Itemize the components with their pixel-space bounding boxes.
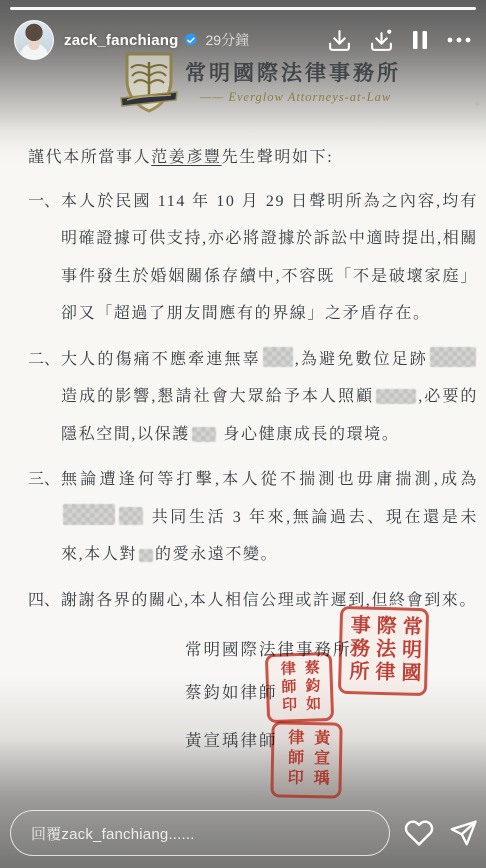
item-text: 本人於民國 114 年 10 月 29 日聲明所為之內容,均有明確證據可供支持,… <box>61 193 478 323</box>
reply-bar: 回覆zack_fanchiang...... <box>10 810 478 856</box>
lawyer1-seal-text: 蔡鈞如律師印 <box>275 659 325 717</box>
item-number: 一、 <box>28 183 60 221</box>
download-icon[interactable] <box>327 28 352 53</box>
censored-text <box>430 347 476 367</box>
firm-name-english: —— Everglow Attorneys-at-Law <box>200 90 391 105</box>
signature-lawyer-1: 蔡鈞如律師 <box>185 679 278 703</box>
lawyer1-red-seal: 蔡鈞如律師印 <box>265 652 334 723</box>
like-heart-button[interactable] <box>404 818 434 848</box>
firm-seal-text: 常明國際法律事務所 <box>344 614 424 688</box>
story-progress-bar <box>10 7 476 10</box>
save-download-icon[interactable] <box>369 28 394 53</box>
story-header: zack_fanchiang 29分鐘 <box>14 18 472 62</box>
reply-input[interactable]: 回覆zack_fanchiang...... <box>10 810 390 856</box>
instagram-story-viewer: 常明國際法律事務所 —— Everglow Attorneys-at-Law ◆… <box>0 0 486 868</box>
censored-text <box>139 549 153 562</box>
statement-item-3: 三、 無論遭逢何等打擊,本人從不揣測也毋庸揣測,成為 共同生活 3 年來,無論過… <box>28 461 478 574</box>
share-plane-button[interactable] <box>448 818 478 848</box>
item-text: 大人的傷痛不應牽連無辜,為避免數位足跡造成的影響,懇請社會大眾給予本人照顧,必要… <box>61 351 478 443</box>
censored-text <box>63 504 115 525</box>
username[interactable]: zack_fanchiang <box>64 32 179 49</box>
item-number: 二、 <box>28 341 60 379</box>
censored-text <box>263 347 293 367</box>
statement-body: 謹代本所當事人范姜彥豐先生聲明如下: 一、 本人於民國 114 年 10 月 2… <box>28 139 478 627</box>
statement-item-2: 二、 大人的傷痛不應牽連無辜,為避免數位足跡造成的影響,懇請社會大眾給予本人照顧… <box>28 341 478 454</box>
item-number: 三、 <box>28 461 60 499</box>
statement-document: 常明國際法律事務所 —— Everglow Attorneys-at-Law ◆… <box>0 0 486 868</box>
verified-icon <box>184 33 198 47</box>
censored-text <box>119 507 143 525</box>
story-timestamp: 29分鐘 <box>206 30 250 50</box>
more-options-icon[interactable] <box>446 28 472 52</box>
letterhead-rule-diamond: ◆ <box>475 100 480 108</box>
statement-intro: 謹代本所當事人范姜彥豐先生聲明如下: <box>28 139 478 177</box>
lawyer2-red-seal: 黃宣瑀律師印 <box>270 721 342 798</box>
lawyer2-seal-text: 黃宣瑀律師印 <box>280 729 333 792</box>
censored-text <box>376 389 416 404</box>
statement-item-1: 一、 本人於民國 114 年 10 月 29 日聲明所為之內容,均有明確證據可供… <box>28 183 478 333</box>
pause-icon[interactable] <box>411 29 429 51</box>
signature-lawyer-2: 黃宣瑀律師 <box>185 727 278 751</box>
reply-placeholder: 回覆zack_fanchiang...... <box>31 823 195 844</box>
item-number: 四、 <box>28 582 60 620</box>
item-text: 謝謝各界的關心,本人相信公理或許遲到,但終會到來。 <box>61 592 477 609</box>
firm-red-seal: 常明國際法律事務所 <box>338 606 429 696</box>
avatar[interactable] <box>14 20 54 60</box>
censored-text <box>192 427 216 442</box>
item-text: 無論遭逢何等打擊,本人從不揣測也毋庸揣測,成為 共同生活 3 年來,無論過去、現… <box>61 471 478 563</box>
